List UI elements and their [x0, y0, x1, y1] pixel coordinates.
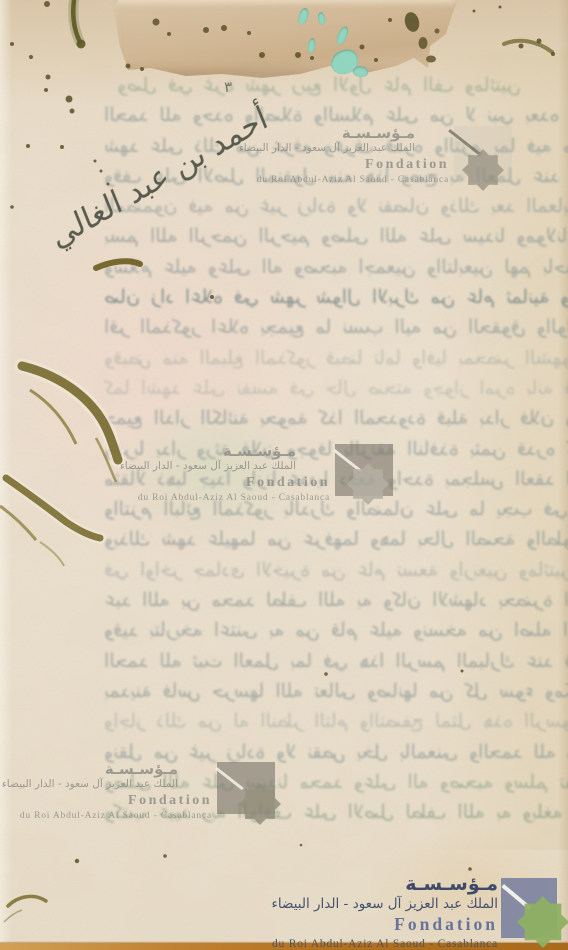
- folio-number-mark: ٣: [224, 78, 232, 96]
- watermark-french-subtitle: du Roi Abdul-Aziz Al Saoud - Casablanca: [138, 493, 330, 504]
- watermark-arabic-subtitle: الملك عبد العزيز آل سعود - الدار البيضاء: [2, 778, 178, 791]
- eight-point-star-icon: [347, 463, 389, 505]
- watermark-french-subtitle: du Roi Abdul-Aziz Al Saoud - Casablanca: [272, 938, 498, 950]
- watermark-arabic-subtitle: الملك عبد العزيز آل سعود - الدار البيضاء: [272, 896, 498, 913]
- foundation-logo: [215, 761, 279, 823]
- bleedthrough-line: وصل في غرة شهر ربيع الاول عام الف ومائتي…: [104, 70, 521, 100]
- eight-point-star-icon: [517, 896, 568, 948]
- watermark-arabic-title: مـؤسـسـة: [405, 874, 498, 895]
- watermark-french-title: Fondation: [128, 792, 212, 809]
- watermark-french-subtitle: du Roi Abdul-Aziz Al Saoud - Casablanca: [257, 175, 449, 186]
- bleedthrough-line: بسم الله الرحمن الرحيم وصلى الله على سيد…: [104, 221, 568, 251]
- bleedthrough-line: وسلام عليه وعلى اله وصحبه اجمعين والتابع…: [104, 252, 568, 282]
- bleedthrough-line: كما اشهد على نفسه في حال صحته وجواز امره…: [104, 373, 568, 403]
- ink-drip-top: [73, 0, 85, 49]
- foundation-logo: [452, 125, 516, 187]
- watermark-french-title: Fondation: [394, 914, 498, 935]
- eight-point-star-icon: [462, 149, 504, 191]
- watermark-arabic-title: مـؤسـسـة: [342, 125, 415, 141]
- eight-point-star-icon: [239, 783, 281, 825]
- watermark-arabic-subtitle: الملك عبد العزيز آل سعود - الدار البيضاء: [239, 142, 415, 155]
- foundation-logo: [501, 874, 567, 944]
- foundation-watermark: مـؤسـسـة الملك عبد العزيز آل سعود - الدا…: [80, 443, 397, 505]
- watermark-french-title: Fondation: [365, 156, 449, 173]
- bleedthrough-line: الحمد لله ثبت العمل بما في هذا الرسم الم…: [104, 646, 552, 676]
- bleedthrough-line: واجاز ذلك من له النظر التام والتصفح لمثل…: [104, 706, 506, 736]
- bleedthrough-line: جميع الدار الكائنة بحومة كذا المحدودة قب…: [104, 403, 568, 433]
- watermark-arabic-title: مـؤسـسـة: [223, 443, 296, 459]
- bleedthrough-line: في اواخر جمادى الاخيرة من عام تسعة واربع…: [104, 555, 568, 585]
- foundation-watermark: مـؤسـسـة الملك عبد العزيز آل سعود - الدا…: [199, 125, 516, 187]
- bleedthrough-line: اقر المذكور اعلاه بجميع ما نسب اليه من ا…: [104, 312, 568, 342]
- adhesive-tape-remnant: [114, 0, 458, 78]
- bleedthrough-line: وقبض منه المبلغ المذكور قبضا تاما وافيا …: [104, 343, 488, 373]
- bleedthrough-line: وبذلك شهد عليهما من عرفهما وهما بحال الص…: [104, 524, 568, 554]
- watermark-french-title: Fondation: [246, 474, 330, 491]
- watermark-arabic-title: مـؤسـسـة: [105, 761, 178, 777]
- bleedthrough-line: المضمون فيه من غير زيادة ولا نقصان وذلك …: [104, 191, 512, 221]
- foundation-logo: [333, 443, 397, 505]
- bleedthrough-line: صان زاد اعلاه في شهر شوال الابرك من عام …: [104, 282, 568, 312]
- foundation-watermark: مـؤسـسـة الملك عبد العزيز آل سعود - الدا…: [236, 874, 567, 950]
- foundation-watermark: مـؤسـسـة الملك عبد العزيز آل سعود - الدا…: [0, 761, 279, 823]
- watermark-french-subtitle: du Roi Abdul-Aziz Al Saoud - Casablanca: [20, 811, 212, 822]
- manuscript-scan-page: وصل في غرة شهر ربيع الاول عام الف ومائتي…: [0, 0, 568, 950]
- bleedthrough-line: وقيد بتاريخه اعتنى به من قام عليه ونسخه …: [104, 615, 568, 645]
- bleedthrough-line: عبد الله بن محمد لطف الله به وكان الاشها…: [104, 585, 568, 615]
- bleedthrough-line: بمدينة فاس حرسها الله تعالى وصانها من كل…: [104, 676, 568, 706]
- watermark-arabic-subtitle: الملك عبد العزيز آل سعود - الدار البيضاء: [120, 460, 296, 473]
